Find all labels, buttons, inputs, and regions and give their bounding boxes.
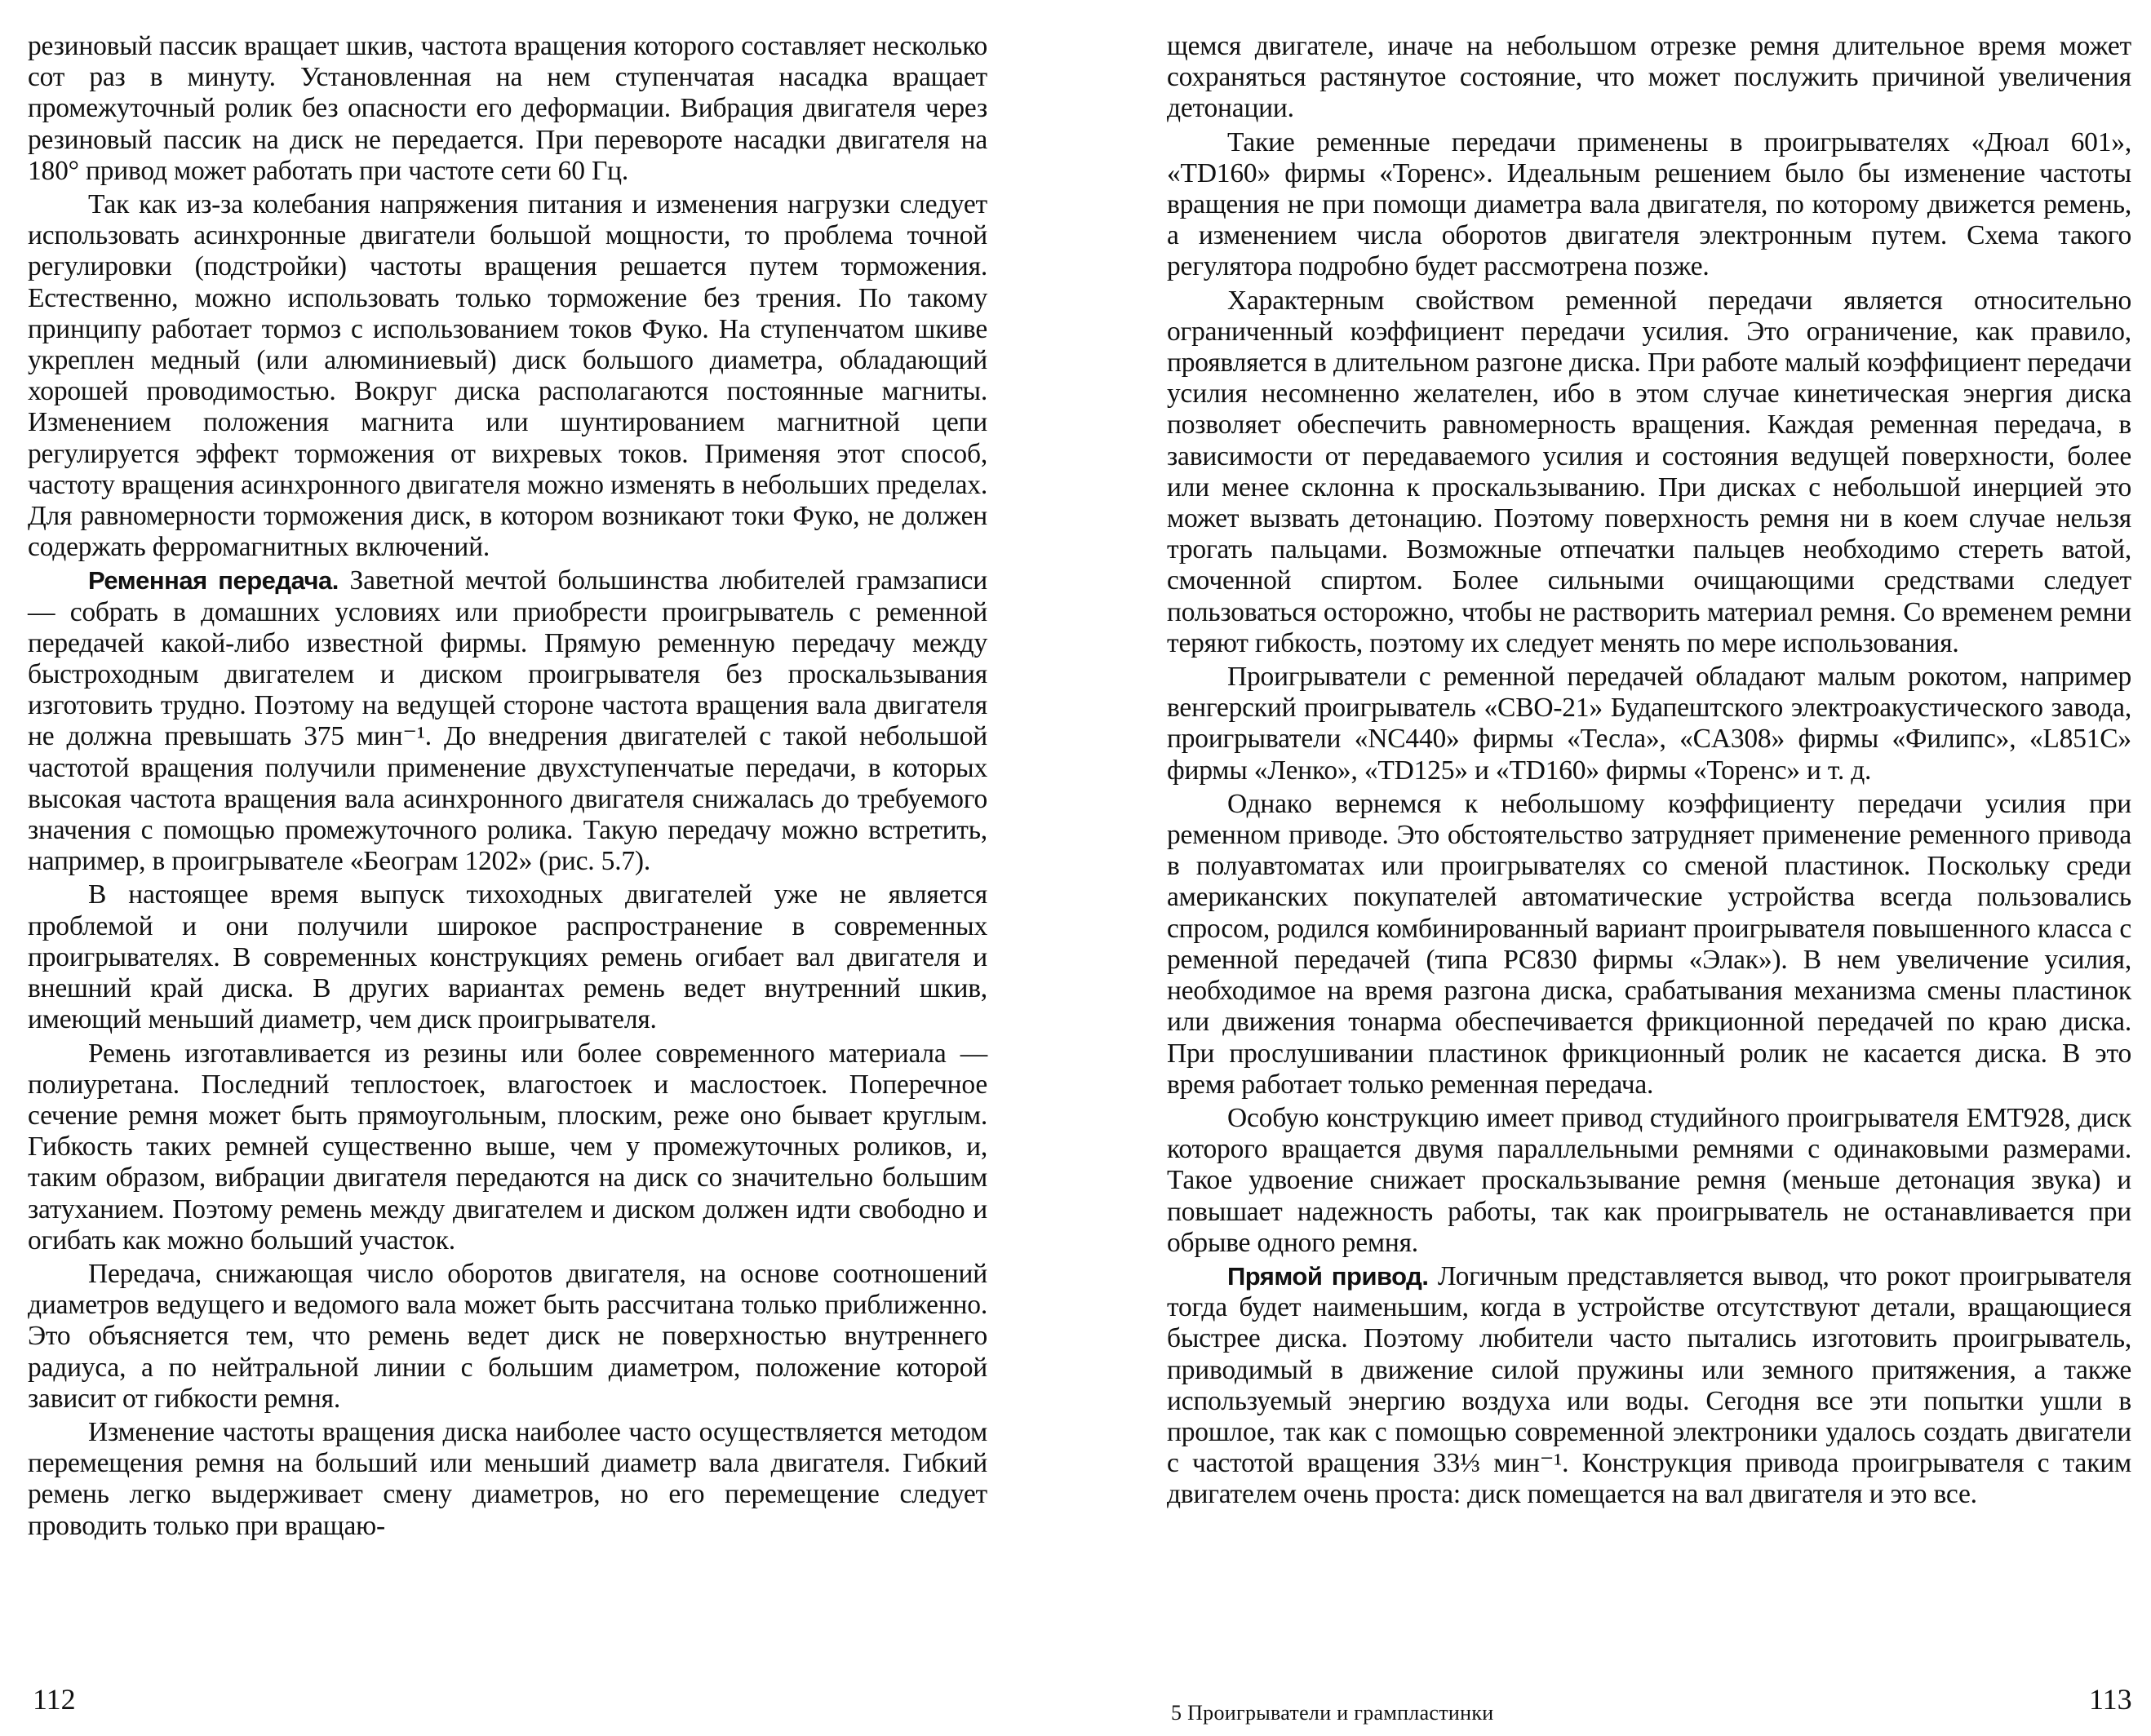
paragraph: Особую конструкцию имеет привод студийно… [1167,1103,2131,1259]
paragraph: Изменение частоты вращения диска наиболе… [28,1417,987,1542]
paragraph: Так как из-за колебания напряжения питан… [28,189,987,563]
paragraph: Такие ременные передачи применены в прои… [1167,127,2131,283]
left-page: резиновый пассик вращает шкив, частота в… [28,31,987,1542]
page-number-left: 112 [33,1682,76,1716]
paragraph: Характерным свойством ременной передачи … [1167,286,2131,659]
paragraph: резиновый пассик вращает шкив, частота в… [28,31,987,187]
page-number-right: 113 [2089,1682,2132,1716]
running-footer: 5 Проигрыватели и грампластинки [1171,1701,1494,1725]
paragraph: Передача, снижающая число оборотов двига… [28,1259,987,1415]
section-heading: Прямой привод. [1227,1262,1428,1291]
paragraph: щемся двигателе, иначе на небольшом отре… [1167,31,2131,125]
paragraph: В настоящее время выпуск тихоходных двиг… [28,879,987,1035]
paragraph-belt-drive: Ременная передача. Заветной мечтой больш… [28,565,987,877]
paragraph-direct-drive: Прямой привод. Логичным представляется в… [1167,1261,2131,1511]
paragraph: Проигрыватели с ременной передачей облад… [1167,662,2131,786]
paragraph: Ремень изготавливается из резины или бол… [28,1038,987,1256]
right-page: щемся двигателе, иначе на небольшом отре… [1167,31,2131,1511]
paragraph: Однако вернемся к небольшому коэффициент… [1167,789,2131,1100]
section-heading: Ременная передача. [88,566,339,595]
